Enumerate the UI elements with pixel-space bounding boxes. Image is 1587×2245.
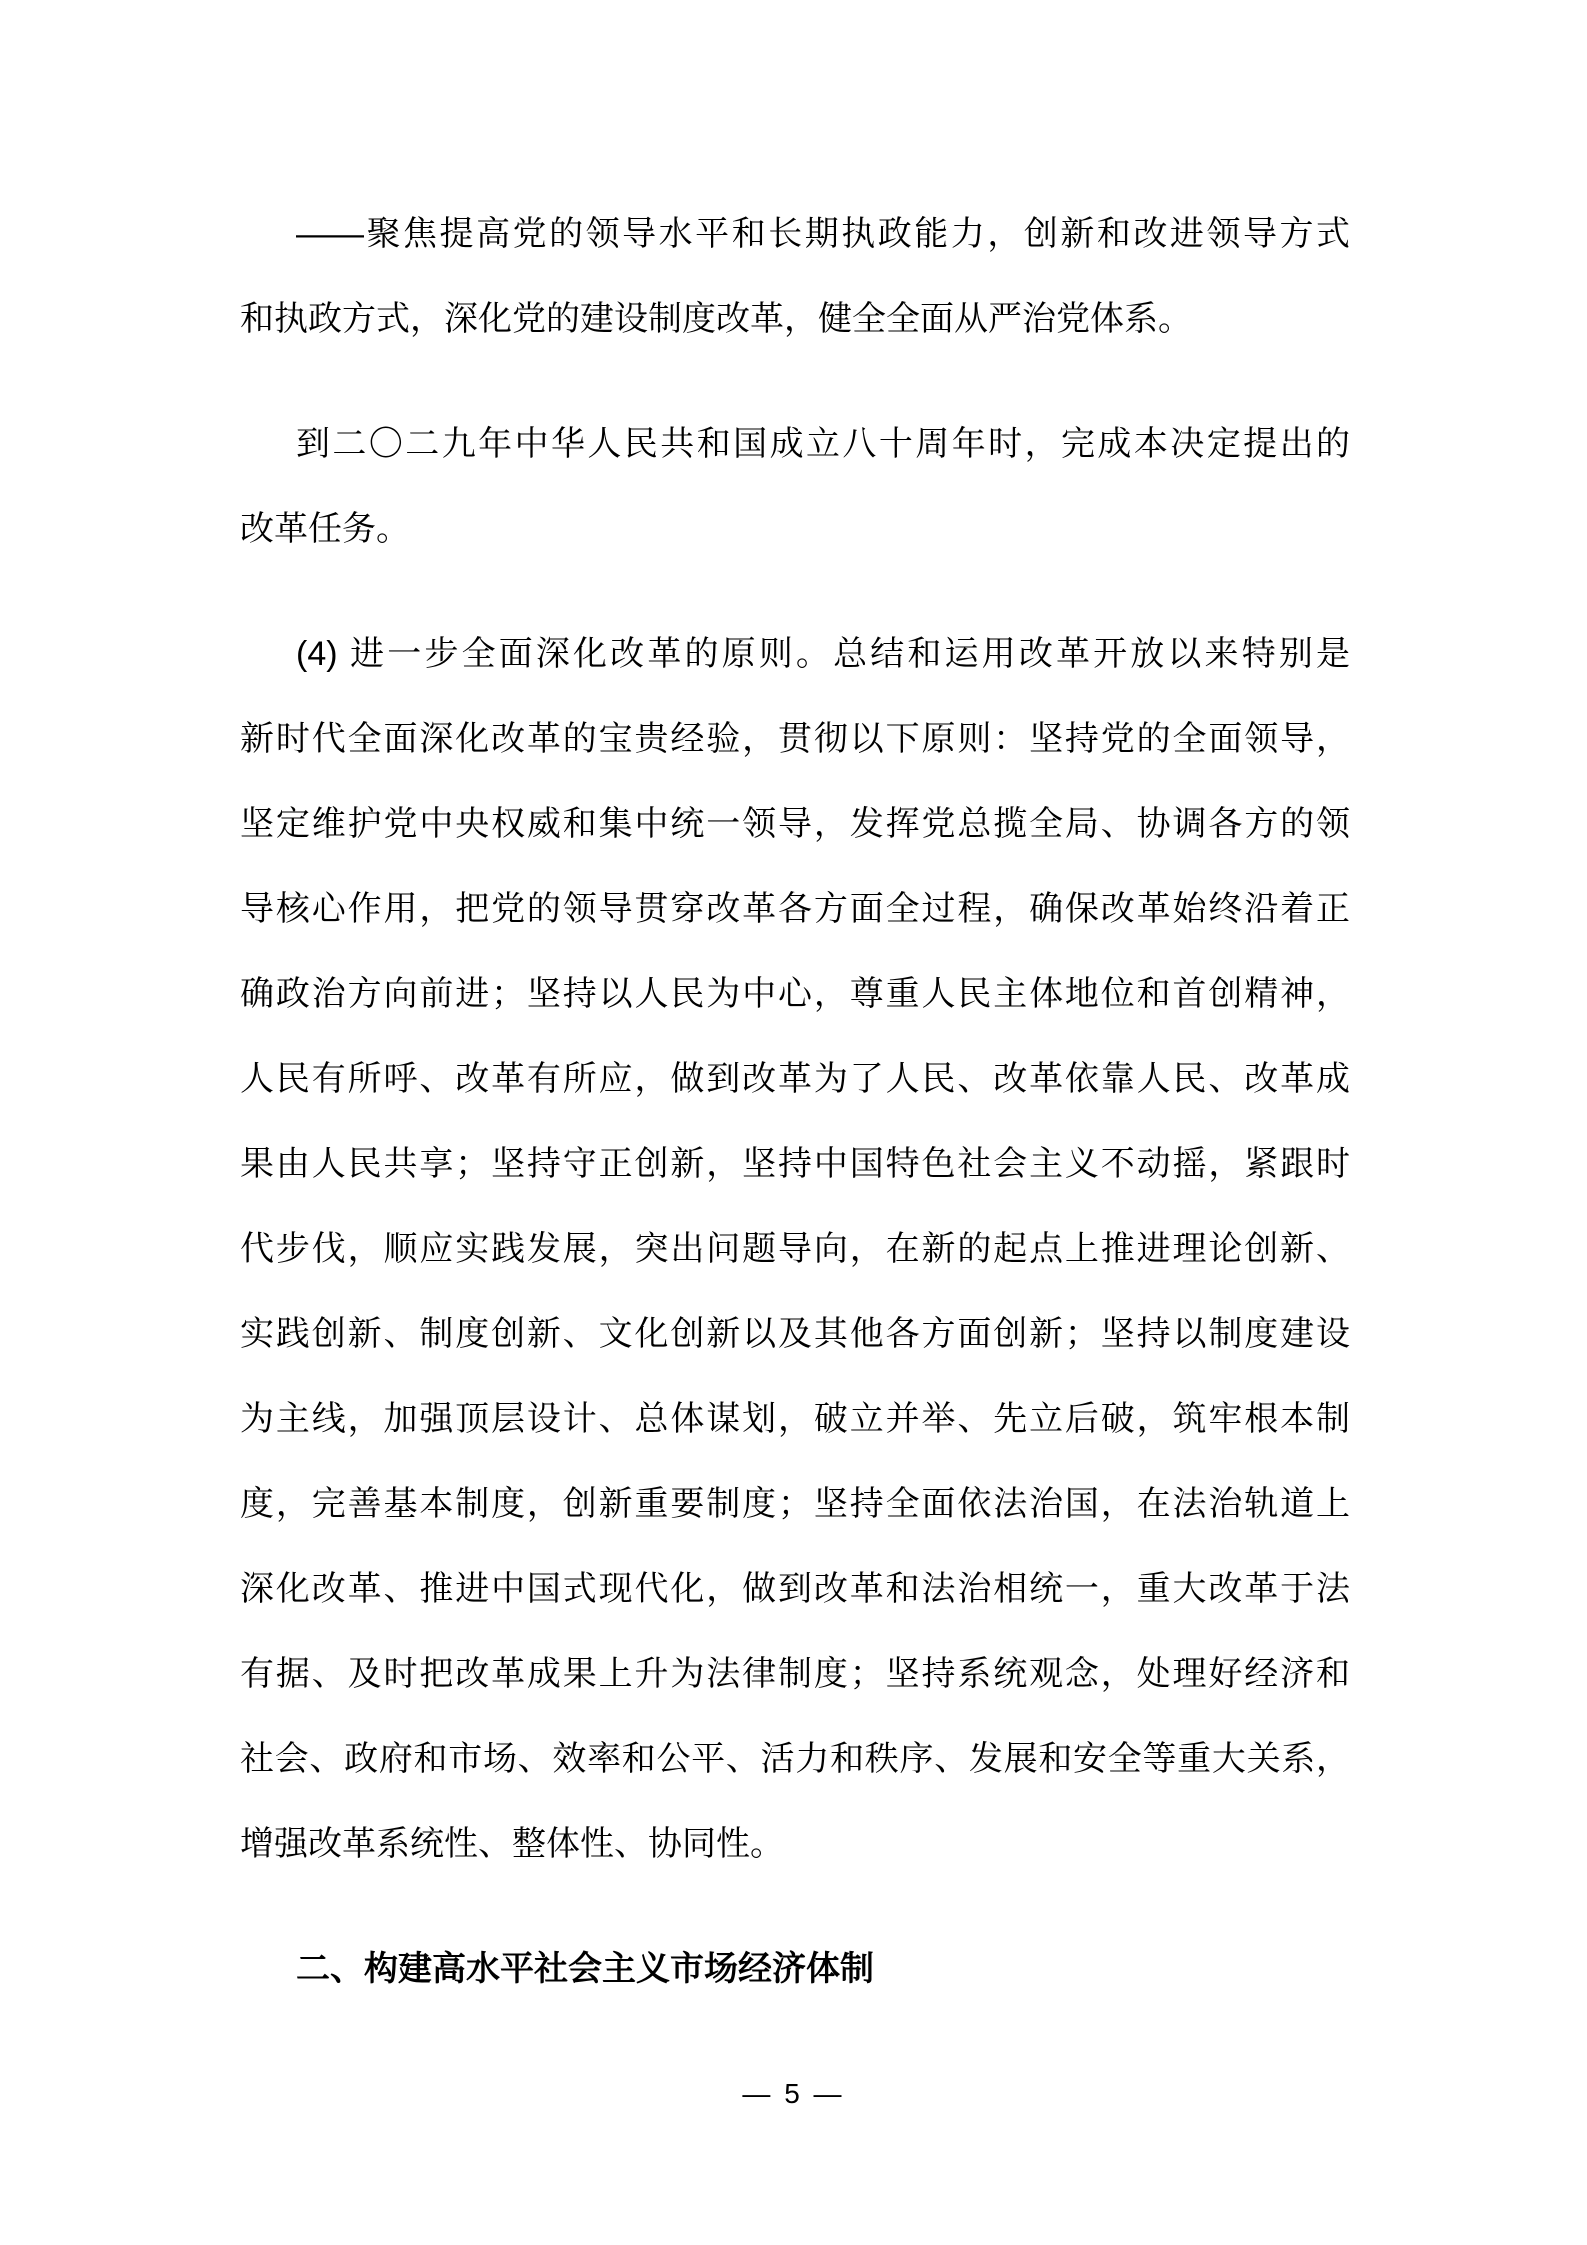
- text-line: 社会、政府和市场、效率和公平、活力和秩序、发展和安全等重大关系，: [240, 1717, 1350, 1802]
- page-footer: — 5 —: [0, 2078, 1587, 2110]
- text-line: (4) 进一步全面深化改革的原则。总结和运用改革开放以来特别是: [240, 612, 1350, 697]
- text-line: 到二〇二九年中华人民共和国成立八十周年时，完成本决定提出的: [240, 402, 1350, 487]
- text-line: 有据、及时把改革成果上升为法律制度；坚持系统观念，处理好经济和: [240, 1632, 1350, 1717]
- text-line: ——聚焦提高党的领导水平和长期执政能力，创新和改进领导方式: [240, 192, 1350, 277]
- text-line: 果由人民共享；坚持守正创新，坚持中国特色社会主义不动摇，紧跟时: [240, 1122, 1350, 1207]
- body-paragraph: (4) 进一步全面深化改革的原则。总结和运用改革开放以来特别是新时代全面深化改革…: [240, 612, 1350, 1887]
- heading-text-line: 二、构建高水平社会主义市场经济体制: [240, 1927, 1350, 2012]
- text-line: 为主线，加强顶层设计、总体谋划，破立并举、先立后破，筑牢根本制: [240, 1377, 1350, 1462]
- text-line: 代步伐，顺应实践发展，突出问题导向，在新的起点上推进理论创新、: [240, 1207, 1350, 1292]
- document-body: ——聚焦提高党的领导水平和长期执政能力，创新和改进领导方式和执政方式，深化党的建…: [240, 192, 1350, 2052]
- text-line: 新时代全面深化改革的宝贵经验，贯彻以下原则：坚持党的全面领导，: [240, 697, 1350, 782]
- text-line: 导核心作用，把党的领导贯穿改革各方面全过程，确保改革始终沿着正: [240, 867, 1350, 952]
- text-line: 改革任务。: [240, 487, 1350, 572]
- text-line: 实践创新、制度创新、文化创新以及其他各方面创新；坚持以制度建设: [240, 1292, 1350, 1377]
- text-line: 增强改革系统性、整体性、协同性。: [240, 1802, 1350, 1887]
- text-line: 坚定维护党中央权威和集中统一领导，发挥党总揽全局、协调各方的领: [240, 782, 1350, 867]
- document-page: ——聚焦提高党的领导水平和长期执政能力，创新和改进领导方式和执政方式，深化党的建…: [0, 0, 1587, 2245]
- body-paragraph: 到二〇二九年中华人民共和国成立八十周年时，完成本决定提出的改革任务。: [240, 402, 1350, 572]
- text-line: 深化改革、推进中国式现代化，做到改革和法治相统一，重大改革于法: [240, 1547, 1350, 1632]
- text-line: 和执政方式，深化党的建设制度改革，健全全面从严治党体系。: [240, 277, 1350, 362]
- text-line: 度，完善基本制度，创新重要制度；坚持全面依法治国，在法治轨道上: [240, 1462, 1350, 1547]
- text-line: 人民有所呼、改革有所应，做到改革为了人民、改革依靠人民、改革成: [240, 1037, 1350, 1122]
- page-number: — 5 —: [742, 2078, 844, 2109]
- section-heading: 二、构建高水平社会主义市场经济体制: [240, 1927, 1350, 2012]
- text-line: 确政治方向前进；坚持以人民为中心，尊重人民主体地位和首创精神，: [240, 952, 1350, 1037]
- body-paragraph: ——聚焦提高党的领导水平和长期执政能力，创新和改进领导方式和执政方式，深化党的建…: [240, 192, 1350, 362]
